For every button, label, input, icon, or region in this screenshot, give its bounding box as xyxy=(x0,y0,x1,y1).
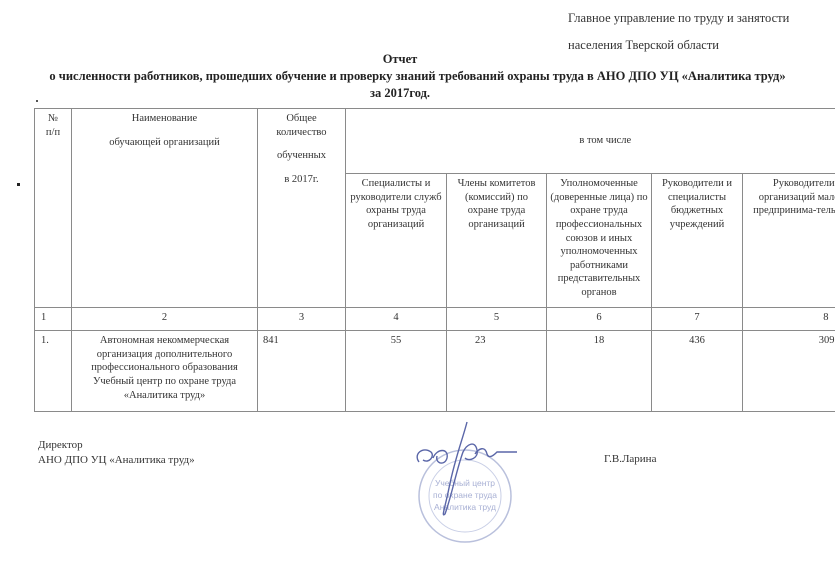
report-period: за 2017год. xyxy=(0,86,800,101)
report-table: № п/п Наименование обучающей организаций… xyxy=(34,108,835,412)
header-including: в том числе xyxy=(346,109,835,174)
column-number: 1 xyxy=(35,308,72,331)
cell-col-8: 309 xyxy=(743,331,835,412)
cell-org-name: Автономная некоммерческая организация до… xyxy=(72,331,258,412)
scan-speck xyxy=(17,183,20,186)
subheader-col-4: Специалисты и руководители служб охраны … xyxy=(346,174,447,308)
column-number: 7 xyxy=(652,308,743,331)
subheader-col-5: Члены комитетов (комиссий) по охране тру… xyxy=(447,174,547,308)
cell-col-5: 23 xyxy=(447,331,547,412)
cell-col-7: 436 xyxy=(652,331,743,412)
cell-col-4: 55 xyxy=(346,331,447,412)
header-num: № п/п xyxy=(35,109,72,308)
column-number: 3 xyxy=(258,308,346,331)
scan-speck xyxy=(36,100,38,102)
addressee-line-2: населения Тверской области xyxy=(568,38,719,53)
svg-text:по охране труда: по охране труда xyxy=(433,490,497,500)
column-number: 5 xyxy=(447,308,547,331)
report-title: Отчет xyxy=(0,52,800,67)
cell-col-6: 18 xyxy=(547,331,652,412)
subheader-col-6: Уполномоченные (доверенные лица) по охра… xyxy=(547,174,652,308)
header-name: Наименование обучающей организаций xyxy=(72,109,258,308)
stamp-and-signature: Учебный центр по охране труда Аналитика … xyxy=(405,418,535,558)
cell-num: 1. xyxy=(35,331,72,412)
column-number-row: 1 2 3 4 5 6 7 8 xyxy=(35,308,835,331)
subheader-col-8: Руководители организаций малого предприн… xyxy=(743,174,835,308)
column-number: 4 xyxy=(346,308,447,331)
subheader-col-7: Руководители и специалисты бюджетных учр… xyxy=(652,174,743,308)
column-number: 8 xyxy=(743,308,835,331)
report-subtitle: о численности работников, прошедших обуч… xyxy=(0,69,835,84)
header-row: № п/п Наименование обучающей организаций… xyxy=(35,109,835,174)
signer-block: Директор АНО ДПО УЦ «Аналитика труд» xyxy=(38,438,195,468)
stamp-icon: Учебный центр по охране труда Аналитика … xyxy=(405,418,535,558)
signer-organization: АНО ДПО УЦ «Аналитика труд» xyxy=(38,453,195,468)
signer-name: Г.В.Ларина xyxy=(604,452,656,467)
table-row: 1. Автономная некоммерческая организация… xyxy=(35,331,835,412)
svg-text:Учебный центр: Учебный центр xyxy=(435,478,495,488)
cell-total: 841 xyxy=(258,331,346,412)
addressee-line-1: Главное управление по труду и занятости xyxy=(568,11,789,26)
header-total: Общее количество обученных в 2017г. xyxy=(258,109,346,308)
column-number: 2 xyxy=(72,308,258,331)
column-number: 6 xyxy=(547,308,652,331)
signer-position: Директор xyxy=(38,438,195,453)
